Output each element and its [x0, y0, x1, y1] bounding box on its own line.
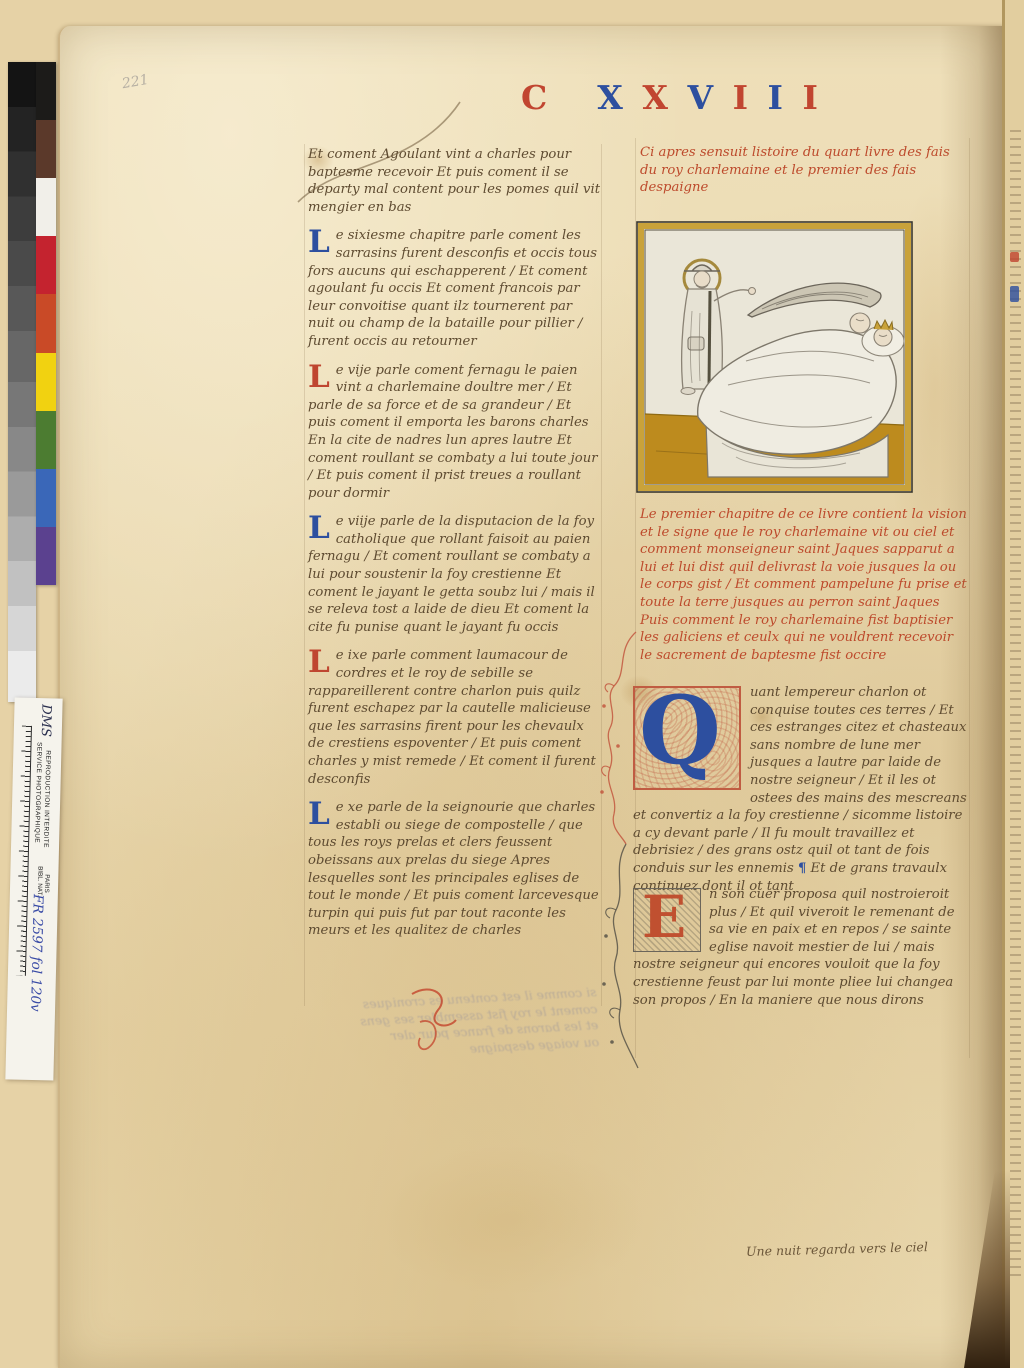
left-column: Et coment Agoulant vint a charles pour b…	[308, 146, 600, 951]
chapter-summary: Le xe parle de la seignourie que charles…	[308, 799, 600, 940]
chapter-summary: Le sixiesme chapitre parle coment les sa…	[308, 227, 600, 350]
color-patch	[36, 62, 56, 120]
drop-cap: L	[308, 647, 336, 677]
heading-letter: C	[520, 78, 551, 117]
summary-text: e vije parle coment fernagu le paien vin…	[308, 363, 598, 501]
illuminated-initial-q: Q	[633, 686, 741, 790]
drop-cap: L	[308, 799, 336, 829]
color-patch	[36, 294, 56, 352]
drop-cap: L	[308, 513, 336, 543]
miniature-illustration	[636, 221, 913, 493]
chapter-summary: Le ixe parle comment laumacour de cordre…	[308, 647, 600, 788]
heading-letter: I	[801, 78, 821, 117]
dms-handwritten-note: DMS	[38, 704, 54, 737]
drop-cap: L	[308, 362, 336, 392]
color-patch	[36, 120, 56, 178]
color-patch	[36, 236, 56, 294]
heading-letter: I	[732, 78, 752, 117]
color-patch	[36, 353, 56, 411]
summary-text: e ixe parle comment laumacour de cordres…	[308, 648, 596, 786]
summary-text: e viije parle de la disputacion de la fo…	[308, 514, 595, 635]
heading-letter: I	[767, 78, 787, 117]
e-paragraph: En son cuer proposa quil nostroieroit pl…	[633, 886, 967, 1009]
photo-label-card: DMS SERVICE PHOTOGRAPHIQUE REPRODUCTION …	[5, 697, 62, 1080]
heading-letter: X	[596, 78, 627, 117]
initial-letter: Q	[639, 676, 721, 786]
summary-text: e xe parle de la seignourie que charles …	[308, 800, 599, 938]
incipit-rubric: Ci apres sensuit listoire du quart livre…	[640, 144, 966, 197]
service-photographique-label: SERVICE PHOTOGRAPHIQUE	[33, 742, 42, 843]
next-folio-text-edge	[1010, 130, 1021, 1280]
heading-letter: V	[686, 78, 717, 117]
shelfmark-note: FR 2597 fol 120v	[27, 894, 46, 1012]
photograph-mount: { "theme": { "red": "#bd4a2c", "blue": "…	[0, 0, 1024, 1368]
angel-head	[850, 313, 870, 333]
chapter-summary: Le viije parle de la disputacion de la f…	[308, 513, 600, 636]
color-patch	[36, 469, 56, 527]
drop-cap: L	[308, 227, 336, 257]
next-folio-initial-red	[1010, 252, 1019, 262]
color-calibration-bar	[36, 62, 56, 585]
red-scribble	[398, 982, 470, 1060]
chapter-rubric: Le premier chapitre de ce livre contient…	[640, 506, 968, 664]
grayscale-calibration-strip	[8, 62, 36, 702]
q-paragraph: Quant lempereur charlon ot conquise tout…	[633, 684, 967, 895]
chapter-heading: C X X V I I I	[520, 78, 822, 117]
summary-text: e sixiesme chapitre parle coment les sar…	[308, 228, 597, 349]
heading-letter: X	[641, 78, 672, 117]
reproduction-interdite-label: REPRODUCTION INTERDITE	[42, 750, 51, 848]
gutter-shadow	[940, 26, 1004, 1368]
chapter-summary-intro: Et coment Agoulant vint a charles pour b…	[308, 146, 600, 216]
initial-letter: E	[642, 885, 686, 949]
ruling-line	[304, 144, 305, 1006]
illuminated-initial-e: E	[633, 888, 701, 952]
chapter-summary: Le vije parle coment fernagu le paien vi…	[308, 362, 600, 503]
color-patch	[36, 527, 56, 585]
paris-label: PARIS	[43, 874, 50, 893]
charlemagne-head	[874, 328, 892, 346]
next-folio-initial-blue	[1010, 286, 1019, 302]
color-patch	[36, 411, 56, 469]
color-patch	[36, 178, 56, 236]
pilgrim-staff	[709, 291, 710, 387]
